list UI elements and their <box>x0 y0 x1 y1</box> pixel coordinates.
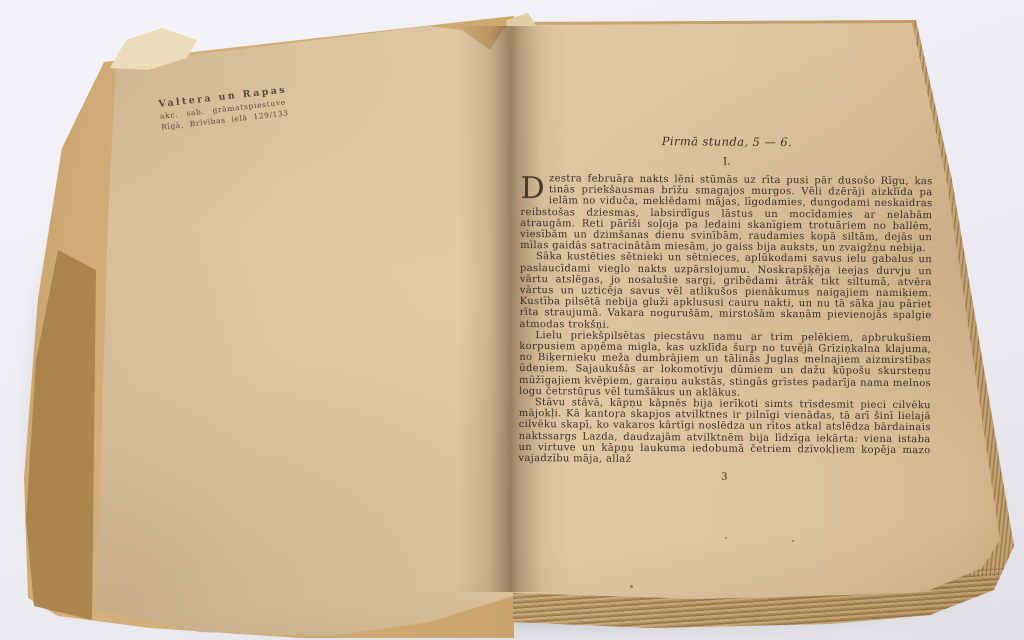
paragraph-1-text: zestra februāŗa nakts lēni stūmās uz rīt… <box>520 173 933 254</box>
paper-speck <box>630 585 633 588</box>
body-text: Dzestra februāŗa nakts lēni stūmās uz rī… <box>518 173 932 468</box>
page-text: Pirmā stunda, 5 — 6. I. Dzestra februāŗa… <box>518 133 933 485</box>
chapter-heading: Pirmā stunda, 5 — 6. <box>521 133 933 150</box>
paragraph-2: Sāka kustēties sētnieki un sētnieces, ap… <box>519 251 932 333</box>
open-book-photo: Valtera un Rapas akc. sab. grāmatspiestu… <box>0 0 1024 640</box>
paragraph-3: Lielu priekšpilsētas piecstāvu namu ar t… <box>519 330 932 400</box>
paragraph-1: Dzestra februāŗa nakts lēni stūmās uz rī… <box>520 173 933 255</box>
drop-cap: D <box>520 173 549 202</box>
paragraph-4: Stāvu stāvā, kāpņu kāpnēs bija ierīkoti … <box>518 397 931 467</box>
paper-speck <box>725 537 727 539</box>
section-numeral: I. <box>521 154 933 169</box>
paper-speck <box>792 540 794 542</box>
